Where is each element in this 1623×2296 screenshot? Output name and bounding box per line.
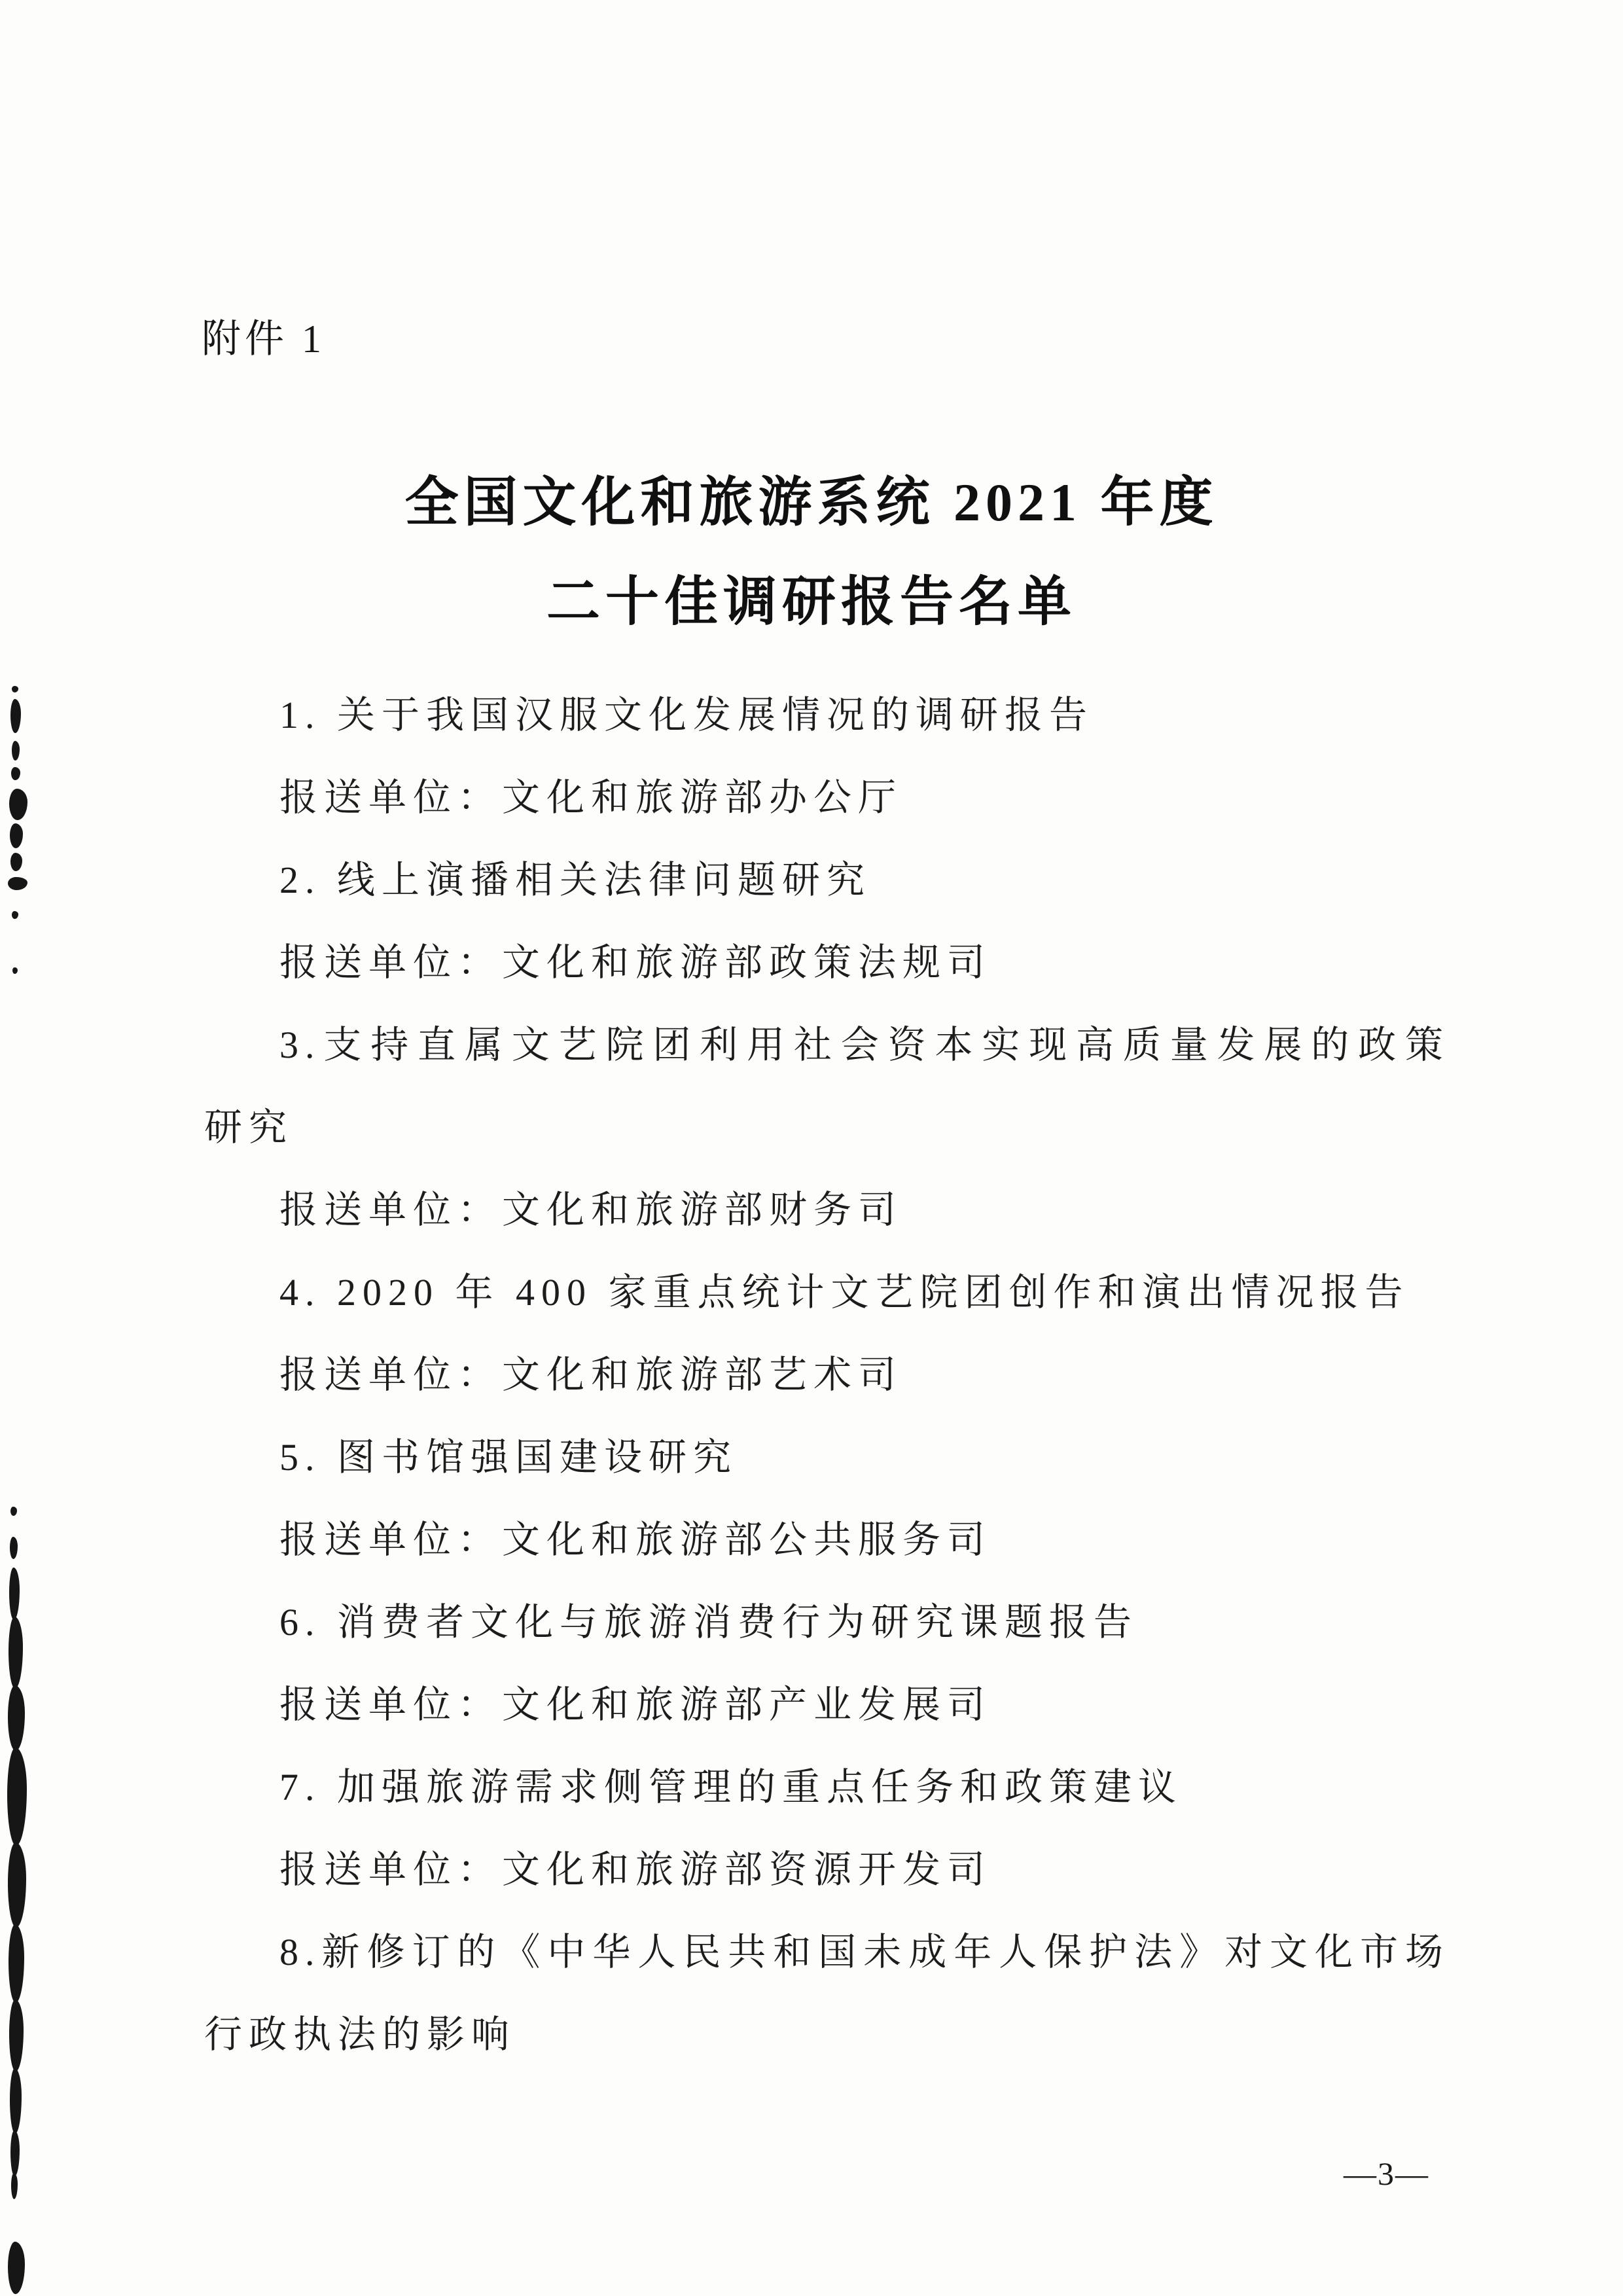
scan-artifact-blob <box>9 1617 23 1689</box>
scan-artifact-blob <box>10 823 23 848</box>
report-title-line: 1. 关于我国汉服文化发展情况的调研报告 <box>204 674 1450 757</box>
scan-artifact-blob <box>7 1748 27 1846</box>
document-title-line-1: 全国文化和旅游系统 2021 年度 <box>0 453 1623 552</box>
scan-artifact-blob <box>8 1842 26 1928</box>
scan-artifact-blob <box>8 877 27 890</box>
scan-artifact-blob <box>9 2000 24 2072</box>
scan-artifact-blob <box>8 2242 25 2294</box>
scan-artifact-blob <box>11 2173 18 2199</box>
scanned-document-page: 附件 1 全国文化和旅游系统 2021 年度 二十佳调研报告名单 1. 关于我国… <box>0 0 1623 2296</box>
scan-artifact-blob <box>10 2068 22 2134</box>
report-title-line: 4. 2020 年 400 家重点统计文艺院团创作和演出情况报告 <box>204 1251 1450 1334</box>
scan-artifact-blob <box>10 2130 20 2176</box>
scan-artifact-blob <box>12 967 18 974</box>
report-unit-line: 报送单位：文化和旅游部财务司 <box>204 1169 1450 1251</box>
scan-artifact-blob <box>10 1537 18 1559</box>
scan-artifact-blob <box>12 741 20 761</box>
report-unit-line: 报送单位：文化和旅游部产业发展司 <box>204 1664 1450 1746</box>
scan-artifact-blob <box>11 767 20 780</box>
scan-artifact-blob <box>12 911 18 919</box>
report-title-line: 7. 加强旅游需求侧管理的重点任务和政策建议 <box>204 1746 1450 1829</box>
report-unit-line: 报送单位：文化和旅游部公共服务司 <box>204 1499 1450 1581</box>
report-title-continuation: 研究 <box>204 1086 1450 1169</box>
report-unit-line: 报送单位：文化和旅游部政策法规司 <box>204 922 1450 1004</box>
report-title-line: 5. 图书馆强国建设研究 <box>204 1416 1450 1499</box>
report-unit-line: 报送单位：文化和旅游部艺术司 <box>204 1334 1450 1416</box>
scan-artifact-blob <box>10 1507 17 1516</box>
scan-artifact-blob <box>10 853 22 871</box>
scan-artifact-blob <box>8 1685 25 1751</box>
report-title-line: 2. 线上演播相关法律问题研究 <box>204 839 1450 922</box>
report-title-line: 3.支持直属文艺院团利用社会资本实现高质量发展的政策 <box>204 1004 1450 1086</box>
report-title-continuation: 行政执法的影响 <box>204 1994 1450 2076</box>
report-unit-line: 报送单位：文化和旅游部资源开发司 <box>204 1829 1450 1911</box>
attachment-label: 附件 1 <box>202 308 325 364</box>
scan-artifact-blob <box>9 1924 24 2003</box>
report-title-line: 6. 消费者文化与旅游消费行为研究课题报告 <box>204 1581 1450 1664</box>
scan-artifact-blob <box>10 699 21 733</box>
scan-artifact-blob <box>12 686 18 692</box>
report-unit-line: 报送单位：文化和旅游部办公厅 <box>204 757 1450 839</box>
report-title-line: 8.新修订的《中华人民共和国未成年人保护法》对文化市场 <box>204 1911 1450 1994</box>
scan-artifact-blob <box>9 789 27 820</box>
scan-artifact-blob <box>9 1568 20 1620</box>
report-list: 1. 关于我国汉服文化发展情况的调研报告报送单位：文化和旅游部办公厅2. 线上演… <box>204 674 1450 2076</box>
page-number: —3— <box>1344 2155 1429 2193</box>
document-title: 全国文化和旅游系统 2021 年度 二十佳调研报告名单 <box>0 453 1623 652</box>
document-title-line-2: 二十佳调研报告名单 <box>0 552 1623 652</box>
